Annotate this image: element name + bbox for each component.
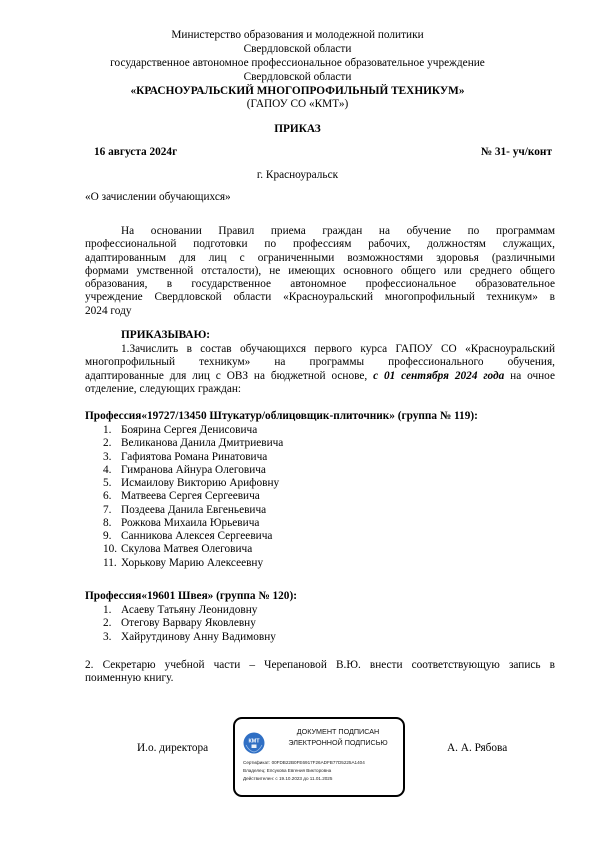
order-subject: «О зачислении обучающихся» <box>85 191 231 204</box>
decree-item-1-line: 1.Зачислить в состав обучающихся первого… <box>85 343 555 356</box>
student-number: 6. <box>103 490 121 503</box>
stamp-title-line-2: ЭЛЕКТРОННОЙ ПОДПИСЬЮ <box>273 737 403 748</box>
svg-text:КМТ: КМТ <box>248 739 260 745</box>
student-name: Матвеева Сергея Сергеевича <box>121 490 260 503</box>
preamble-line: образования, в государственное автономно… <box>85 278 555 291</box>
student-number: 4. <box>103 464 121 477</box>
group-119-student-list: 1.Боярина Сергея Денисовича2.Великанова … <box>103 424 283 570</box>
preamble-line: формами умственной отсталости), не имеющ… <box>85 265 555 278</box>
student-list-item: 4.Гимранова Айнура Олеговича <box>103 464 283 477</box>
preamble-paragraph: На основании Правил приема граждан на об… <box>85 225 555 318</box>
student-name: Великанова Данила Дмитриевича <box>121 437 283 450</box>
decree-item-1: 1.Зачислить в состав обучающихся первого… <box>85 343 555 396</box>
preamble-line: учреждение Свердловской области «Красноу… <box>85 291 555 304</box>
student-name: Асаеву Татьяну Леонидовну <box>121 604 257 617</box>
signatory-name: А. А. Рябова <box>447 742 507 755</box>
decree-heading: ПРИКАЗЫВАЮ: <box>121 329 210 342</box>
start-date-emphasis: с 01 сентября 2024 года <box>373 370 504 382</box>
student-list-item: 11.Хорькову Марию Алексеевну <box>103 557 283 570</box>
student-list-item: 5.Исмаилову Викторию Арифовну <box>103 477 283 490</box>
college-emblem-icon: КМТ <box>243 732 265 754</box>
order-number: № 31- уч/конт <box>481 146 552 159</box>
preamble-line: На основании Правил приема граждан на об… <box>85 225 555 238</box>
student-list-item: 3.Хайрутдинову Анну Вадимовну <box>103 631 276 644</box>
student-name: Санникова Алексея Сергеевича <box>121 530 272 543</box>
electronic-signature-stamp: КМТ ДОКУМЕНТ ПОДПИСАН ЭЛЕКТРОННОЙ ПОДПИС… <box>233 717 405 797</box>
student-number: 10. <box>103 543 121 556</box>
student-list-item: 3.Гафиятова Романа Ринатовича <box>103 451 283 464</box>
student-list-item: 1.Боярина Сергея Денисовича <box>103 424 283 437</box>
student-number: 1. <box>103 604 121 617</box>
signatory-position: И.о. директора <box>137 742 208 755</box>
institution-line-1: государственное автономное профессиональ… <box>0 57 595 70</box>
student-name: Гафиятова Романа Ринатовича <box>121 451 267 464</box>
student-number: 9. <box>103 530 121 543</box>
decree-item-2: 2. Секретарю учебной части – Черепановой… <box>85 659 555 686</box>
student-number: 8. <box>103 517 121 530</box>
ministry-line-2: Свердловской области <box>0 43 595 56</box>
preamble-line: адаптированным для лиц с ограниченными в… <box>85 252 555 265</box>
student-list-item: 2.Отегову Варвару Яковлевну <box>103 617 276 630</box>
text-segment: на очное <box>504 370 555 382</box>
student-list-item: 8.Рожкова Михаила Юрьевича <box>103 517 283 530</box>
group-120-student-list: 1.Асаеву Татьяну Леонидовну2.Отегову Вар… <box>103 604 276 644</box>
order-title: ПРИКАЗ <box>0 123 595 136</box>
student-list-item: 10.Скулова Матвея Олеговича <box>103 543 283 556</box>
stamp-owner: Владелец: Епсукова Евгения Викторовна <box>243 767 331 775</box>
institution-name: «КРАСНОУРАЛЬСКИЙ МНОГОПРОФИЛЬНЫЙ ТЕХНИКУ… <box>0 85 595 98</box>
student-name: Поздеева Данила Евгеньевича <box>121 504 266 517</box>
student-name: Хорькову Марию Алексеевну <box>121 557 263 570</box>
student-list-item: 1.Асаеву Татьяну Леонидовну <box>103 604 276 617</box>
student-number: 11. <box>103 557 121 570</box>
student-name: Скулова Матвея Олеговича <box>121 543 252 556</box>
student-list-item: 6.Матвеева Сергея Сергеевича <box>103 490 283 503</box>
student-name: Хайрутдинову Анну Вадимовну <box>121 631 276 644</box>
student-number: 3. <box>103 631 121 644</box>
stamp-validity: Действителен: с 19.10.2023 до 11.01.2025 <box>243 775 332 783</box>
student-number: 3. <box>103 451 121 464</box>
stamp-title-line-1: ДОКУМЕНТ ПОДПИСАН <box>273 726 403 737</box>
student-name: Гимранова Айнура Олеговича <box>121 464 266 477</box>
decree-item-1-line: отделение, следующих граждан: <box>85 383 555 396</box>
student-name: Боярина Сергея Денисовича <box>121 424 257 437</box>
decree-item-1-line-3: адаптированные для лиц с ОВЗ на бюджетно… <box>85 370 555 383</box>
institution-abbr: (ГАПОУ СО «КМТ») <box>0 98 595 111</box>
student-list-item: 9.Санникова Алексея Сергеевича <box>103 530 283 543</box>
stamp-certificate: Сертификат: 00FDB22B0FE6917F26ADFB77D522… <box>243 759 365 767</box>
group-119-heading: Профессия«19727/13450 Штукатур/облицовщи… <box>85 410 478 423</box>
student-name: Отегову Варвару Яковлевну <box>121 617 256 630</box>
student-number: 1. <box>103 424 121 437</box>
student-number: 2. <box>103 437 121 450</box>
student-list-item: 2.Великанова Данила Дмитриевича <box>103 437 283 450</box>
student-number: 2. <box>103 617 121 630</box>
ministry-line-1: Министерство образования и молодежной по… <box>0 29 595 42</box>
decree-item-2-line: 2. Секретарю учебной части – Черепановой… <box>85 659 555 672</box>
student-name: Рожкова Михаила Юрьевича <box>121 517 259 530</box>
student-list-item: 7.Поздеева Данила Евгеньевича <box>103 504 283 517</box>
document-page: Министерство образования и молодежной по… <box>0 0 595 842</box>
student-name: Исмаилову Викторию Арифовну <box>121 477 279 490</box>
group-120-heading: Профессия«19601 Швея» (группа № 120): <box>85 590 297 603</box>
decree-item-1-line: многопрофильный техникум» на программы п… <box>85 356 555 369</box>
order-date: 16 августа 2024г <box>94 146 177 159</box>
student-number: 5. <box>103 477 121 490</box>
order-city: г. Красноуральск <box>0 169 595 182</box>
decree-item-2-line: поименную книгу. <box>85 672 555 685</box>
preamble-line: 2024 году <box>85 305 555 318</box>
text-segment: адаптированные для лиц с ОВЗ на бюджетно… <box>85 370 373 382</box>
institution-line-2: Свердловской области <box>0 71 595 84</box>
preamble-line: профессиональной подготовки по профессия… <box>85 238 555 251</box>
student-number: 7. <box>103 504 121 517</box>
